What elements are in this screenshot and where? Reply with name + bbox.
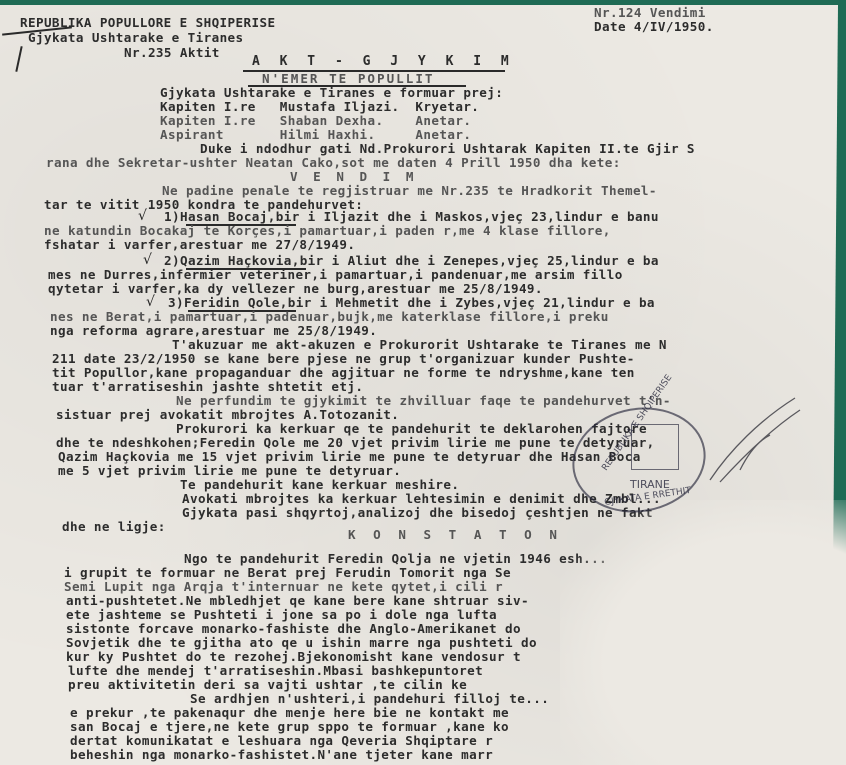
body-line: Kapiten I.re Shaban Dexha. Anetar. [160,114,471,128]
stamp-emblem-icon [631,424,679,470]
body-line: tit Popullor,kane propaganduar dhe agjit… [52,366,635,380]
body-line: kur ky Pushtet do te rezohej.Bjekonomish… [66,650,521,664]
body-line: anti-pushtetet.Ne mbledhjet qe kane bere… [66,594,529,608]
body-line: dhe te ndeshkohen;Feredin Qole me 20 vje… [56,436,655,450]
checkmark-icon: √ [143,252,152,268]
defendant-3: 3)Feridin Qole,bir i Mehmetit dhe i Zybe… [168,296,655,310]
body-line: e prekur ,te pakenaqur dhe menje here bi… [70,706,509,720]
checkmark-icon: √ [146,294,155,310]
body-line: san Bocaj e tjere,ne kete grup sppo te f… [70,720,509,734]
body-line: dertat komunikatat e leshuara nga Qeveri… [70,734,493,748]
body-line: nes ne Berat,i pamartuar,i padenuar,bujk… [50,310,609,324]
body-line: Ne padine penale te regjistruar me Nr.23… [162,184,657,198]
checkmark-icon: √ [138,208,147,224]
body-line: fshatar i varfer,arestuar me 27/8/1949. [44,238,355,252]
body-line: lufte dhe mendej t'arratiseshin.Mbasi ba… [68,664,483,678]
body-line: Qazim Haçkovia me 15 vjet privim lirie m… [58,450,641,464]
body-line: Aspirant Hilmi Haxhi. Anetar. [160,128,471,142]
body-line: dhe ne ligje: [62,520,166,534]
body-line: Sovjetik dhe te gjitha ato qe u ishin ma… [66,636,537,650]
header-ref-number: Nr.124 Vendimi [594,6,706,20]
body-line: mes ne Durres,infermier veteriner,i pama… [48,268,623,282]
header-court: Gjykata Ushtarake e Tiranes [28,31,244,45]
body-line: ne katundin Bocakaj te Korçes,i pamartua… [44,224,611,238]
body-line: T'akuzuar me akt-akuzen e Prokurorit Ush… [172,338,667,352]
body-line: Prokurori ka kerkuar qe te pandehurit te… [176,422,647,436]
body-line: preu aktivitetin deri sa vajti ushtar ,t… [68,678,467,692]
body-line: tuar t'arratiseshin jashte shtetit etj. [52,380,363,394]
body-line: Duke i ndodhur gati Nd.Prokurori Ushtara… [200,142,695,156]
body-line: Ngo te pandehurit Feredin Qolja ne vjeti… [184,552,607,566]
body-line: ete jashteme se Pushteti i jone sa po i … [66,608,497,622]
header-date: Date 4/IV/1950. [594,20,714,34]
body-line: rana dhe Sekretar-ushter Neatan Cako,sot… [46,156,621,170]
signature-icon [700,390,810,490]
defendant-1: 1)Hasan Bocaj,bir i Iljazit dhe i Maskos… [164,210,659,224]
body-line: sistonte forcave monarko-fashiste dhe An… [66,622,521,636]
defendant-2: 2)Qazim Haçkovia,bir i Aliut dhe i Zenep… [164,254,659,268]
body-line: Gjykata pasi shqyrtoj,analizoj dhe bised… [182,506,653,520]
body-line: Ne perfundim te gjykimit te zhvilluar fa… [176,394,671,408]
body-line: me 5 vjet privim lirie me pune te detyru… [58,464,401,478]
body-line: i grupit te formuar ne Berat prej Ferudi… [64,566,511,580]
document-subtitle: N'EMER TE POPULLIT [262,72,434,86]
body-line: nga reforma agrare,arestuar me 25/8/1949… [50,324,377,338]
section-heading-konstaton: K O N S T A T O N [348,528,562,542]
body-line: Kapiten I.re Mustafa Iljazi. Kryetar. [160,100,479,114]
body-line: qytetar i varfer,ka dy vellezer ne burg,… [48,282,543,296]
body-line: beheshin nga monarko-fashistet.N'ane tje… [70,748,493,762]
body-line: sistuar prej avokatit mbrojtes A.Totozan… [56,408,399,422]
body-line: Te pandehurit kane kerkuar meshire. [180,478,459,492]
document-title: A K T - G J Y K I M [252,55,515,69]
body-line: Gjykata Ushtarake e Tiranes e formuar pr… [160,86,503,100]
body-line: 211 date 23/2/1950 se kane bere pjese ne… [52,352,635,366]
section-heading-vendim: V E N D I M [290,170,417,184]
header-case-number: Nr.235 Aktit [124,46,220,60]
body-line: Se ardhjen n'ushteri,i pandehuri filloj … [190,692,549,706]
body-line: Semi Lupit nga Arqja t'internuar ne kete… [64,580,503,594]
